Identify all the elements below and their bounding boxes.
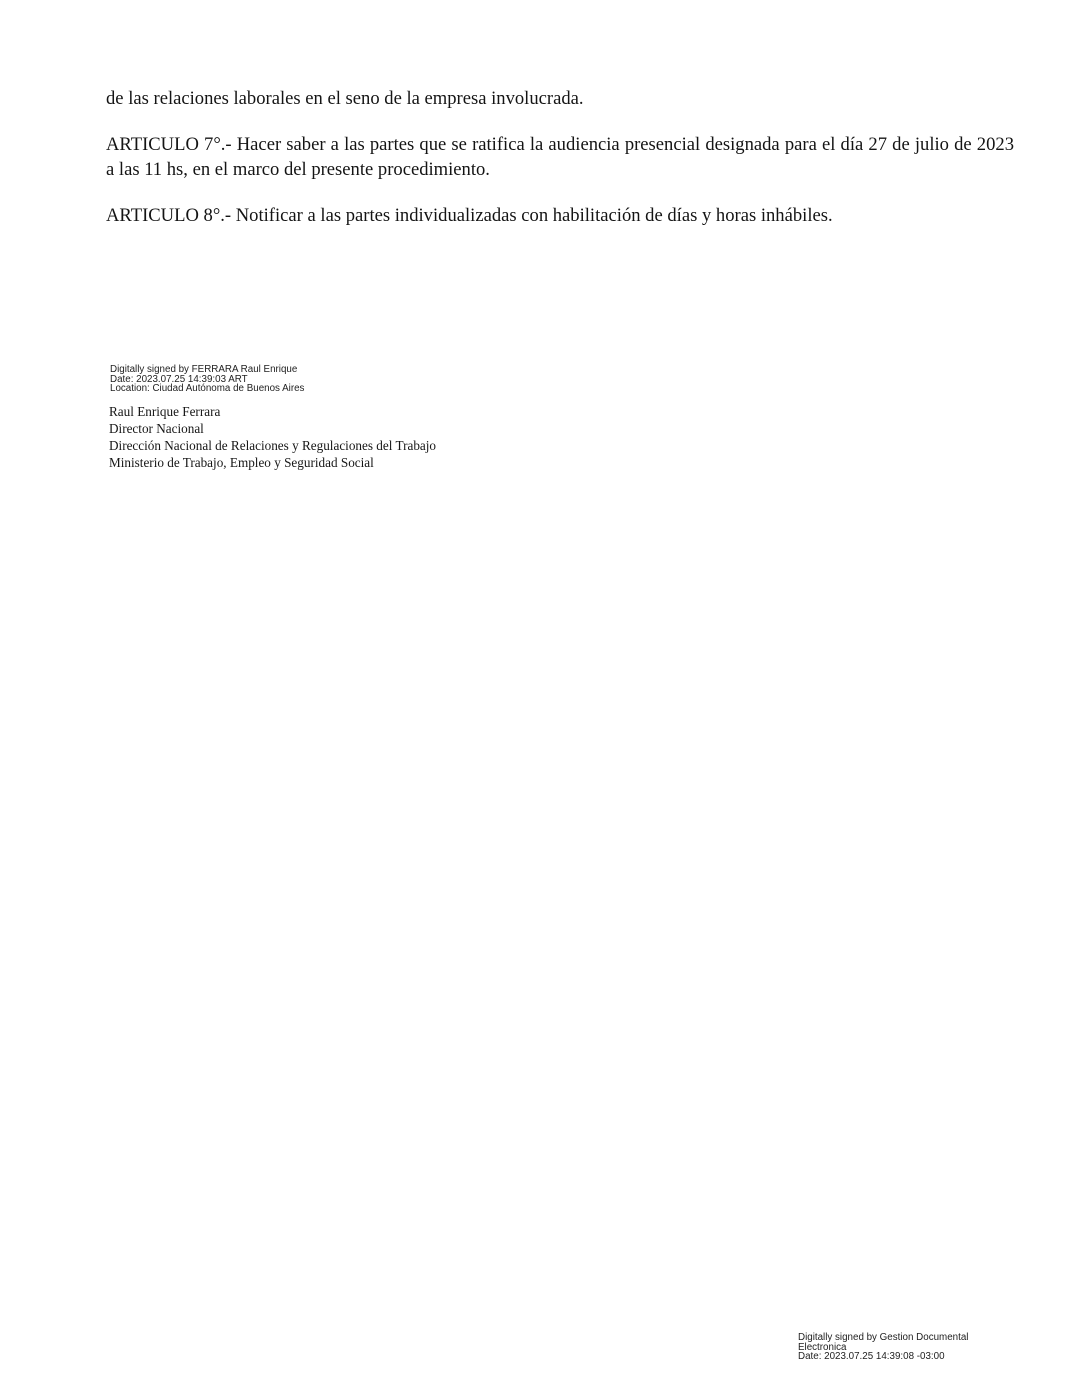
gde-date: Date: 2023.07.25 14:39:08 -03:00 xyxy=(798,1352,968,1362)
digital-signature-stamp: Digitally signed by FERRARA Raul Enrique… xyxy=(110,365,304,394)
signer-ministry: Ministerio de Trabajo, Empleo y Segurida… xyxy=(109,454,436,471)
paragraph-article-8: ARTICULO 8°.- Notificar a las partes ind… xyxy=(106,203,1014,228)
gde-signature-stamp: Digitally signed by Gestion Documental E… xyxy=(798,1333,968,1362)
signer-block: Raul Enrique Ferrara Director Nacional D… xyxy=(109,403,436,471)
paragraph-article-7: ARTICULO 7°.- Hacer saber a las partes q… xyxy=(106,132,1014,182)
signer-title: Director Nacional xyxy=(109,420,436,437)
paragraph-continuation: de las relaciones laborales en el seno d… xyxy=(106,86,1014,111)
signature-location: Location: Ciudad Autónoma de Buenos Aire… xyxy=(110,384,304,394)
document-page: de las relaciones laborales en el seno d… xyxy=(0,0,1080,1398)
signer-name: Raul Enrique Ferrara xyxy=(109,403,436,420)
signer-office: Dirección Nacional de Relaciones y Regul… xyxy=(109,437,436,454)
